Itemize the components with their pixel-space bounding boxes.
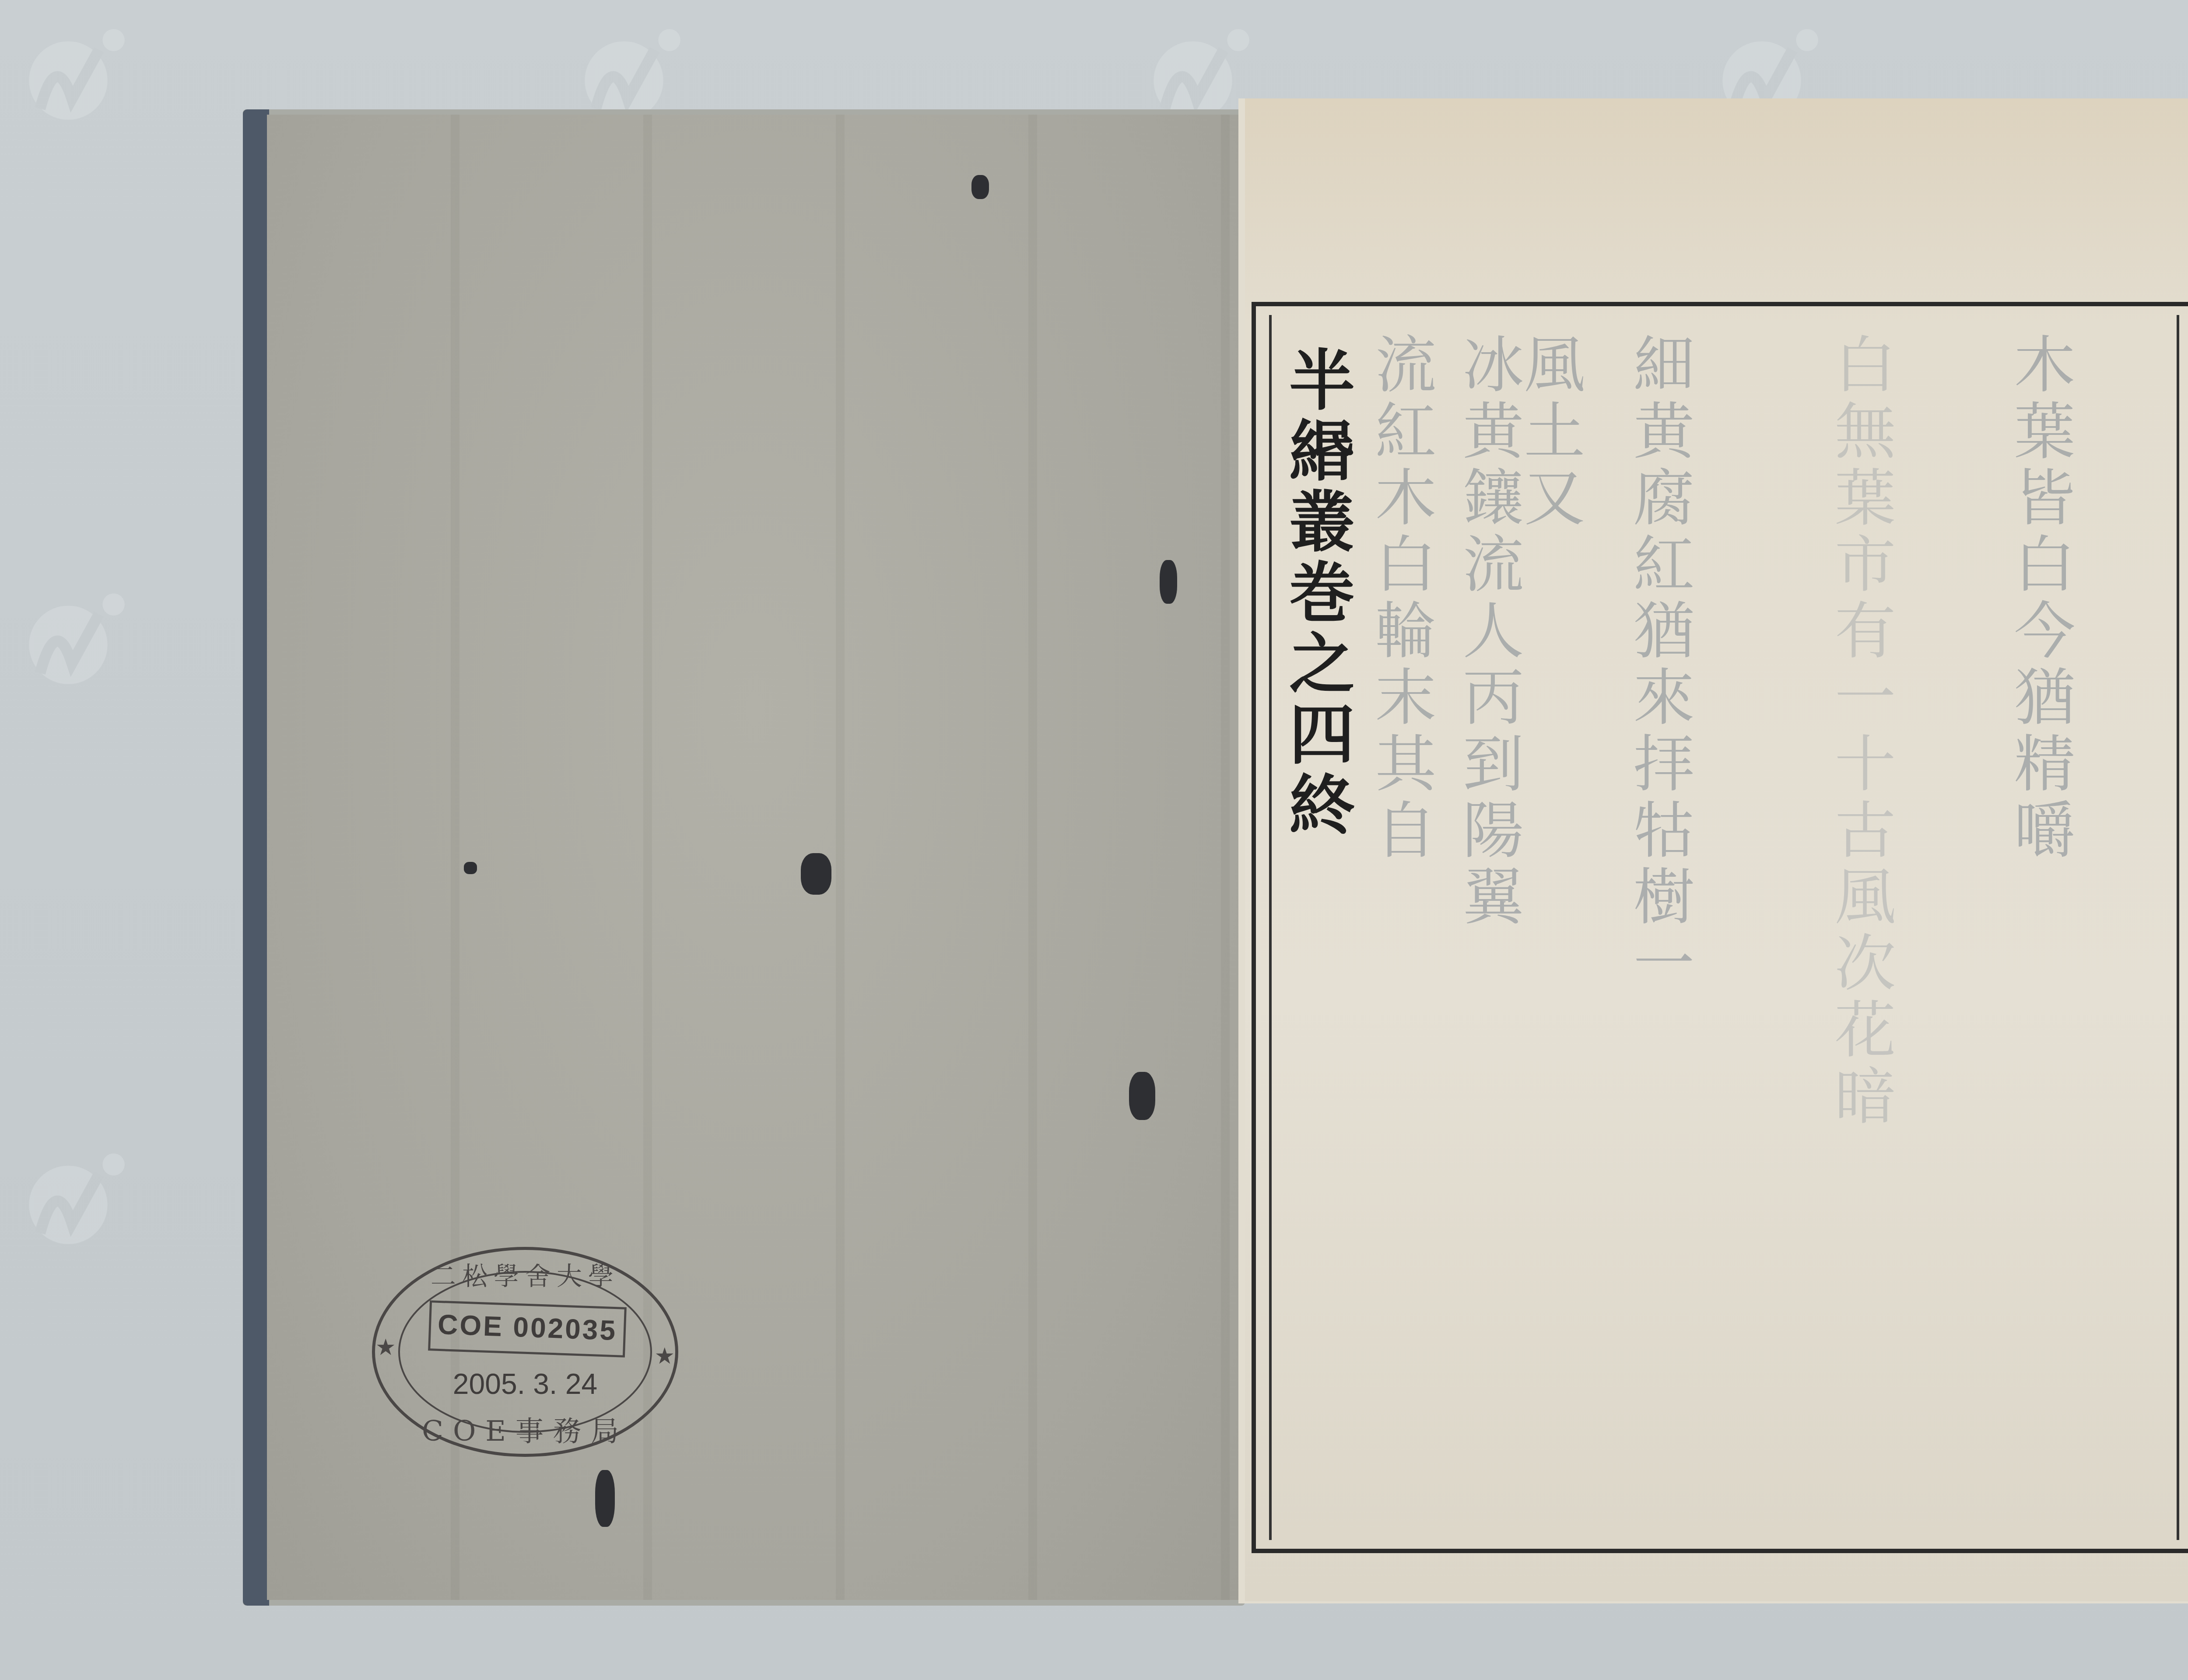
damage-spot	[971, 175, 989, 199]
damage-spot	[464, 862, 477, 874]
show-through-column: 細黄腐紅猶來拝牯樹一	[1615, 332, 1703, 997]
show-through-column: 木葉皆白今猶精嚼	[1995, 332, 2083, 864]
damage-spot	[595, 1470, 615, 1527]
stamp-institution: 二松學舍大學	[372, 1256, 678, 1292]
nishogakusha-logo-icon	[13, 1137, 136, 1260]
cover-spine-cloth	[243, 109, 269, 1606]
star-icon: ★	[654, 1343, 675, 1369]
library-stamp: 二松學舍大學 COE 002035 2005. 3. 24 COE事務局 ★ ★	[372, 1247, 678, 1457]
stamp-office: COE事務局	[372, 1409, 678, 1449]
damage-spot	[1160, 560, 1177, 604]
stamp-date: 2005. 3. 24	[372, 1367, 678, 1400]
show-through-column: 冰黄鑲流人丙到陽翼	[1444, 332, 1532, 931]
nishogakusha-logo-icon	[13, 13, 136, 136]
damage-spot	[801, 853, 831, 895]
volume-end-title: 半緡叢巻之四終	[1269, 346, 1364, 842]
show-through-column: 白無葉市有一十古風次花暗	[1816, 332, 1904, 1130]
damage-spot	[1129, 1072, 1155, 1120]
show-through-column: 流紅木白輪末其自	[1357, 332, 1445, 864]
nishogakusha-logo-icon	[13, 577, 136, 700]
stamp-code-box: COE 002035	[428, 1300, 627, 1358]
star-icon: ★	[375, 1334, 396, 1361]
stamp-code: COE 002035	[431, 1308, 624, 1347]
